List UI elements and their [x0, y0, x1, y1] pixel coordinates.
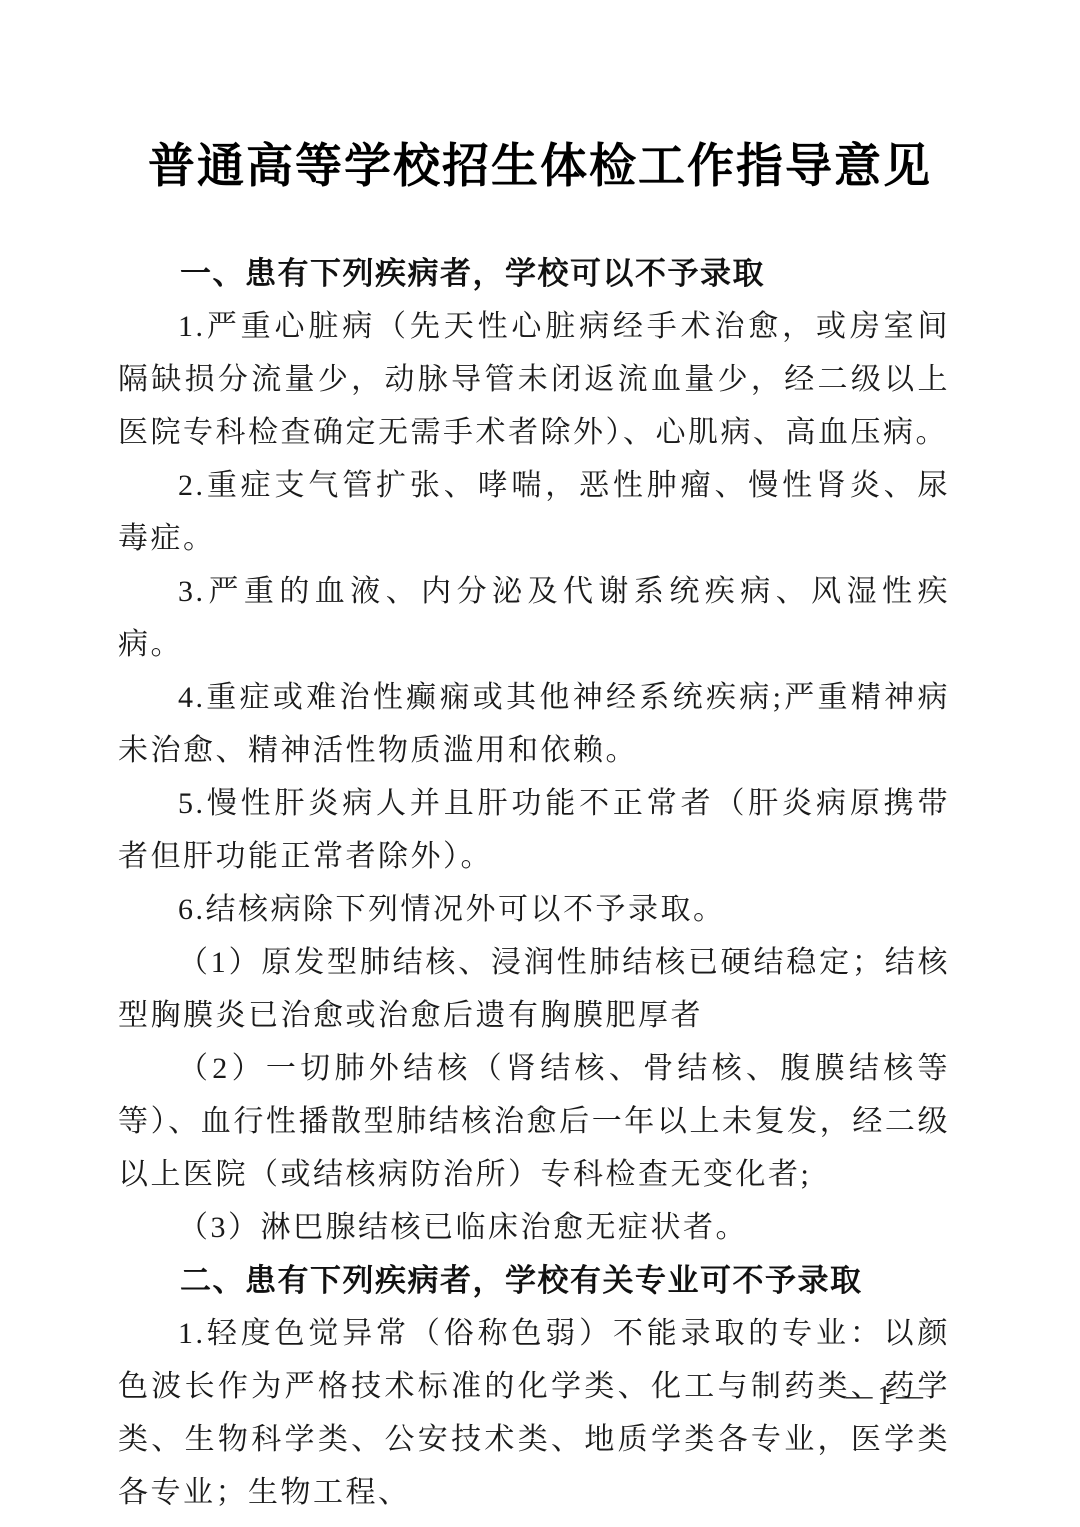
section-1-item-4: 4.重症或难治性癫痫或其他神经系统疾病;严重精神病未治愈、精神活性物质滥用和依赖…: [118, 671, 950, 777]
section-1-item-6-sub-2: （2）一切肺外结核（肾结核、骨结核、腹膜结核等等）、血行性播散型肺结核治愈后一年…: [118, 1042, 950, 1201]
section-1-item-2: 2.重症支气管扩张、哮喘，恶性肿瘤、慢性肾炎、尿毒症。: [118, 459, 950, 565]
section-1-item-1: 1.严重心脏病（先天性心脏病经手术治愈，或房室间隔缺损分流量少，动脉导管未闭返流…: [118, 300, 950, 459]
section-1-item-3: 3.严重的血液、内分泌及代谢系统疾病、风湿性疾病。: [118, 565, 950, 671]
section-1-item-6-sub-3: （3）淋巴腺结核已临床治愈无症状者。: [118, 1201, 950, 1254]
document-page: 普通高等学校招生体检工作指导意见 一、患有下列疾病者，学校可以不予录取 1.严重…: [0, 0, 1080, 1527]
document-body: 一、患有下列疾病者，学校可以不予录取 1.严重心脏病（先天性心脏病经手术治愈，或…: [0, 247, 1080, 1519]
section-1-item-6: 6.结核病除下列情况外可以不予录取。: [118, 883, 950, 936]
page-number: —1—: [846, 1380, 929, 1411]
section-2-heading: 二、患有下列疾病者，学校有关专业可不予录取: [118, 1254, 950, 1307]
section-1-heading: 一、患有下列疾病者，学校可以不予录取: [118, 247, 950, 300]
section-1-item-5: 5.慢性肝炎病人并且肝功能不正常者（肝炎病原携带者但肝功能正常者除外）。: [118, 777, 950, 883]
section-1-item-6-sub-1: （1）原发型肺结核、浸润性肺结核已硬结稳定；结核型胸膜炎已治愈或治愈后遗有胸膜肥…: [118, 936, 950, 1042]
section-2-item-1: 1.轻度色觉异常（俗称色弱）不能录取的专业：以颜色波长作为严格技术标准的化学类、…: [118, 1307, 950, 1519]
document-title: 普通高等学校招生体检工作指导意见: [0, 0, 1080, 197]
